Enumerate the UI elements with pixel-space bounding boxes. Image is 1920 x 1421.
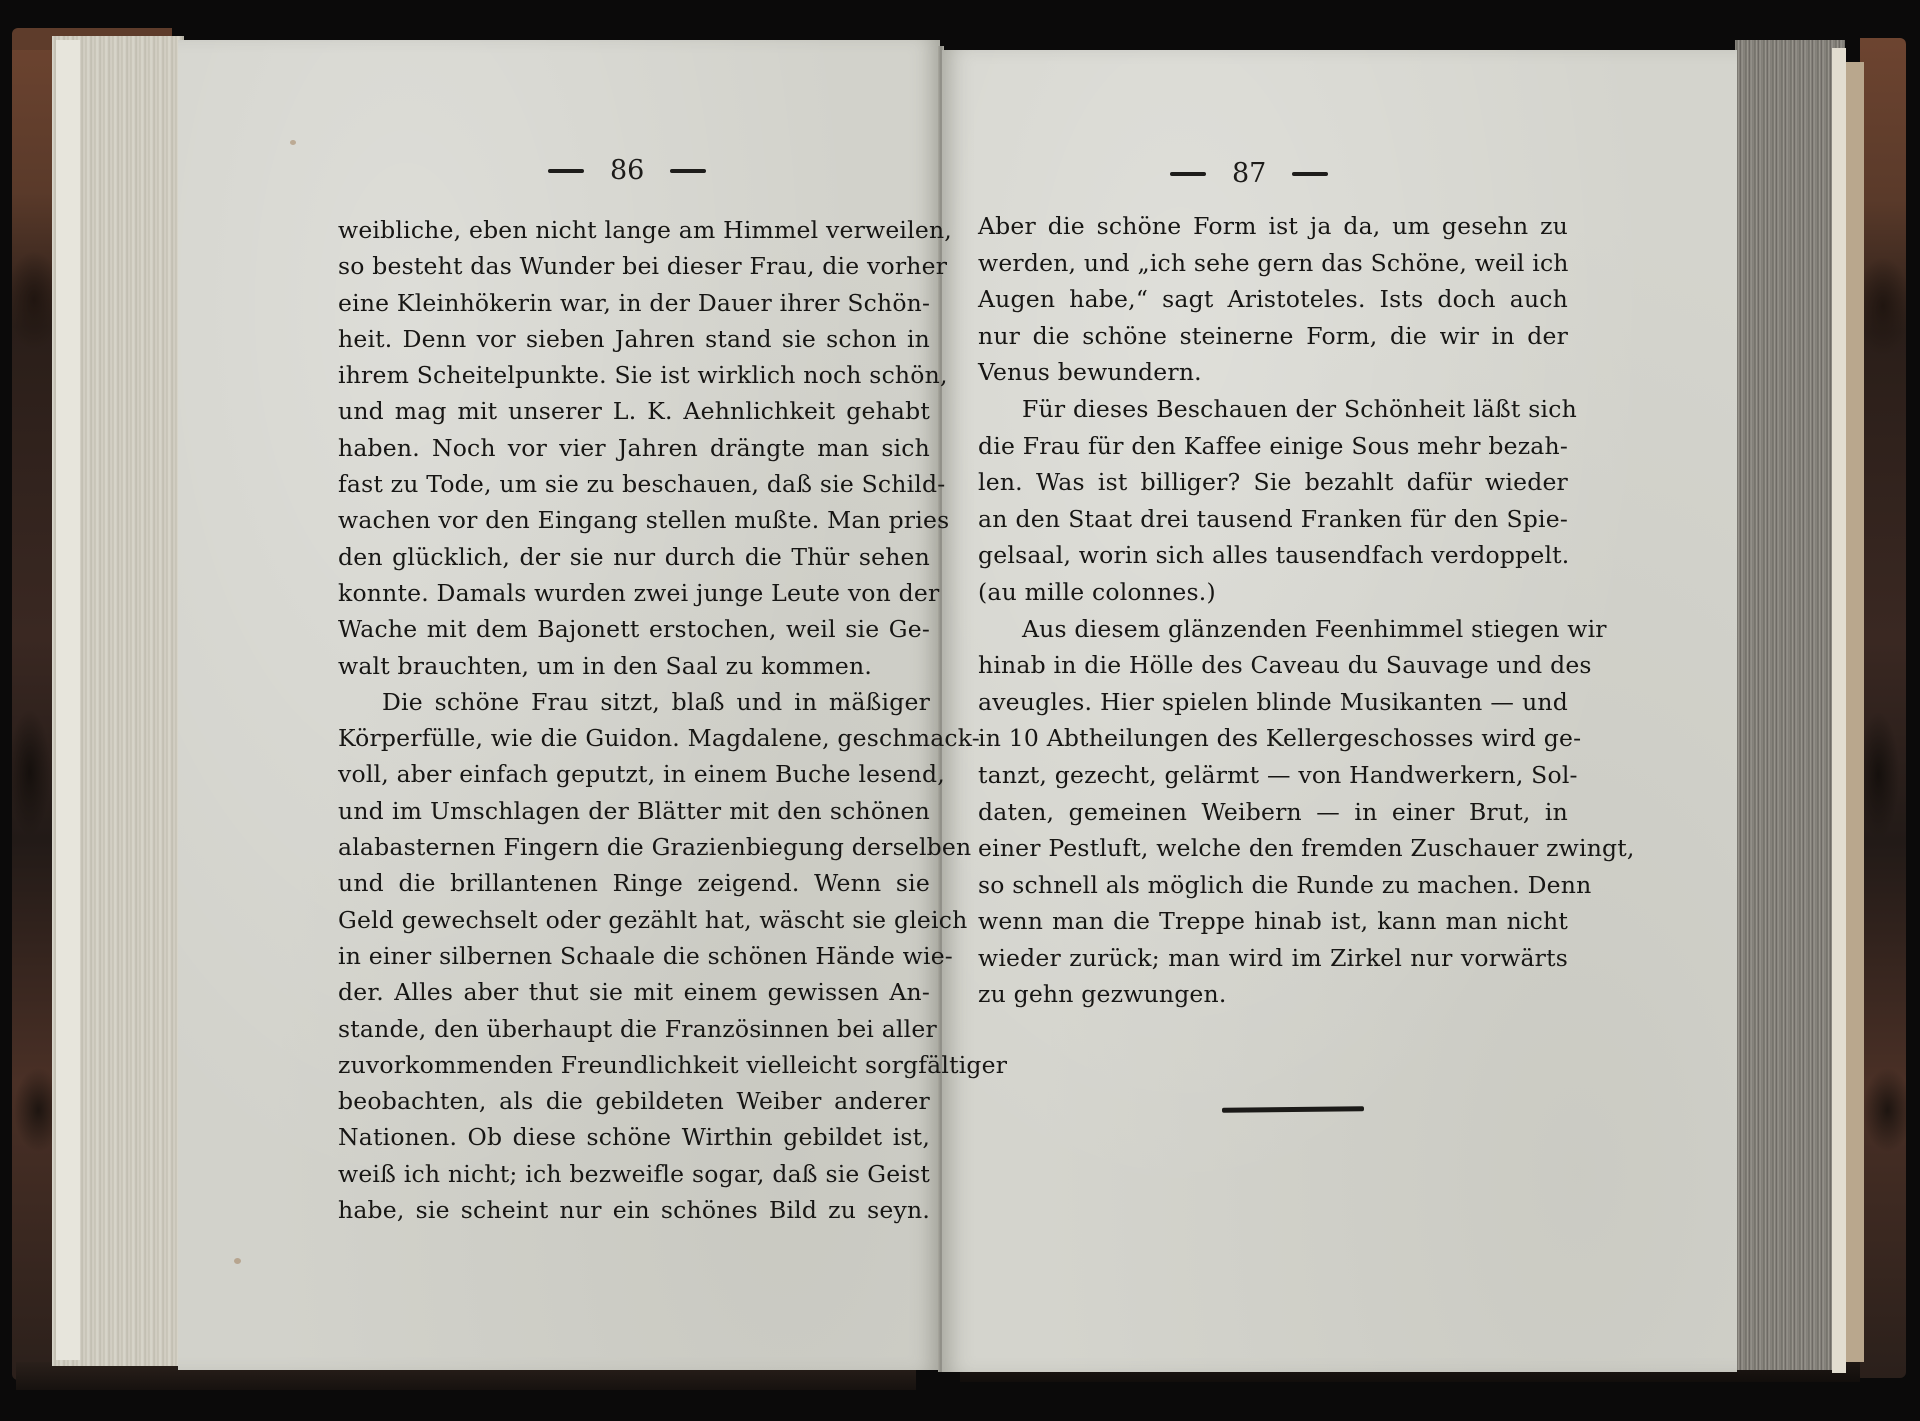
text-line: werden, und „ich sehe gern das Schöne, w… bbox=[978, 245, 1568, 282]
folio-dash bbox=[670, 169, 706, 173]
paper-stain bbox=[234, 1258, 241, 1264]
text-line: beobachten, als die gebildeten Weiber an… bbox=[338, 1083, 930, 1119]
text-line: walt brauchten, um in den Saal zu kommen… bbox=[338, 648, 930, 684]
page-number-left: 86 bbox=[548, 155, 706, 186]
text-line: und die brillantenen Ringe zeigend. Wenn… bbox=[338, 865, 930, 901]
page-stack-right bbox=[1735, 40, 1845, 1370]
text-line: den glücklich, der sie nur durch die Thü… bbox=[338, 539, 930, 575]
text-line: und mag mit unserer L. K. Aehnlichkeit g… bbox=[338, 393, 930, 429]
text-line: zu gehn gezwungen. bbox=[978, 976, 1568, 1013]
endpaper-right bbox=[1846, 62, 1864, 1362]
folio-dash bbox=[1170, 172, 1206, 176]
text-line: der. Alles aber thut sie mit einem gewis… bbox=[338, 974, 930, 1010]
text-line: Venus bewundern. bbox=[978, 354, 1568, 391]
text-line: so schnell als möglich die Runde zu mach… bbox=[978, 867, 1568, 904]
text-line: fast zu Tode, um sie zu beschauen, daß s… bbox=[338, 466, 930, 502]
text-line: wenn man die Treppe hinab ist, kann man … bbox=[978, 903, 1568, 940]
text-line: alabasternen Fingern die Grazienbiegung … bbox=[338, 829, 930, 865]
text-line: Wache mit dem Bajonett erstochen, weil s… bbox=[338, 611, 930, 647]
page-number-text: 87 bbox=[1232, 158, 1266, 189]
left-page-text: weibliche, eben nicht lange am Himmel ve… bbox=[338, 212, 930, 1228]
text-line: nur die schöne steinerne Form, die wir i… bbox=[978, 318, 1568, 355]
book-cover-right-marbled bbox=[1860, 38, 1906, 1378]
paper-stain bbox=[290, 140, 296, 145]
text-line: wieder zurück; man wird im Zirkel nur vo… bbox=[978, 940, 1568, 977]
text-line: Nationen. Ob diese schöne Wirthin gebild… bbox=[338, 1119, 930, 1155]
text-line: Augen habe,“ sagt Aristoteles. Ists doch… bbox=[978, 281, 1568, 318]
text-line: haben. Noch vor vier Jahren drängte man … bbox=[338, 430, 930, 466]
page-number-text: 86 bbox=[610, 155, 644, 186]
text-line: habe, sie scheint nur ein schönes Bild z… bbox=[338, 1192, 930, 1228]
text-line: (au mille colonnes.) bbox=[978, 574, 1568, 611]
text-line: in einer silbernen Schaale die schönen H… bbox=[338, 938, 930, 974]
page-stack-right-edge bbox=[1832, 48, 1846, 1373]
text-line: wachen vor den Eingang stellen mußte. Ma… bbox=[338, 502, 930, 538]
text-line: einer Pestluft, welche den fremden Zusch… bbox=[978, 830, 1568, 867]
text-line: eine Kleinhökerin war, in der Dauer ihre… bbox=[338, 285, 930, 321]
text-line: die Frau für den Kaffee einige Sous mehr… bbox=[978, 428, 1568, 465]
text-line: konnte. Damals wurden zwei junge Leute v… bbox=[338, 575, 930, 611]
text-line: weibliche, eben nicht lange am Himmel ve… bbox=[338, 212, 930, 248]
paragraph-start-line: Die schöne Frau sitzt, blaß und in mäßig… bbox=[338, 684, 930, 720]
right-page-text: Aber die schöne Form ist ja da, um geseh… bbox=[978, 208, 1568, 1013]
text-line: tanzt, gezecht, gelärmt — von Handwerker… bbox=[978, 757, 1568, 794]
text-line: weiß ich nicht; ich bezweifle sogar, daß… bbox=[338, 1156, 930, 1192]
paragraph-start-line: Für dieses Beschauen der Schönheit läßt … bbox=[978, 391, 1568, 428]
text-line: daten, gemeinen Weibern — in einer Brut,… bbox=[978, 794, 1568, 831]
text-line: gelsaal, worin sich alles tausendfach ve… bbox=[978, 537, 1568, 574]
text-line: so besteht das Wunder bei dieser Frau, d… bbox=[338, 248, 930, 284]
text-line: hinab in die Hölle des Caveau du Sauvage… bbox=[978, 647, 1568, 684]
text-line: Körperfülle, wie die Guidon. Magdalene, … bbox=[338, 720, 930, 756]
text-line: heit. Denn vor sieben Jahren stand sie s… bbox=[338, 321, 930, 357]
text-line: zuvorkommenden Freundlichkeit vielleicht… bbox=[338, 1047, 930, 1083]
folio-dash bbox=[548, 169, 584, 173]
text-line: stande, den überhaupt die Französinnen b… bbox=[338, 1011, 930, 1047]
paragraph-start-line: Aus diesem glänzenden Feenhimmel stiegen… bbox=[978, 611, 1568, 648]
text-line: in 10 Abtheilungen des Kellergeschosses … bbox=[978, 720, 1568, 757]
text-line: und im Umschlagen der Blätter mit den sc… bbox=[338, 793, 930, 829]
text-line: Geld gewechselt oder gezählt hat, wäscht… bbox=[338, 902, 930, 938]
page-stack-left-edge bbox=[56, 40, 80, 1360]
text-line: ihrem Scheitelpunkte. Sie ist wirklich n… bbox=[338, 357, 930, 393]
page-number-right: 87 bbox=[1170, 158, 1328, 189]
text-line: an den Staat drei tausend Franken für de… bbox=[978, 501, 1568, 538]
text-line: len. Was ist billiger? Sie bezahlt dafür… bbox=[978, 464, 1568, 501]
folio-dash bbox=[1292, 172, 1328, 176]
book-cover-left-marbled bbox=[12, 30, 56, 1380]
text-line: Aber die schöne Form ist ja da, um geseh… bbox=[978, 208, 1568, 245]
text-line: aveugles. Hier spielen blinde Musikanten… bbox=[978, 684, 1568, 721]
text-line: voll, aber einfach geputzt, in einem Buc… bbox=[338, 756, 930, 792]
